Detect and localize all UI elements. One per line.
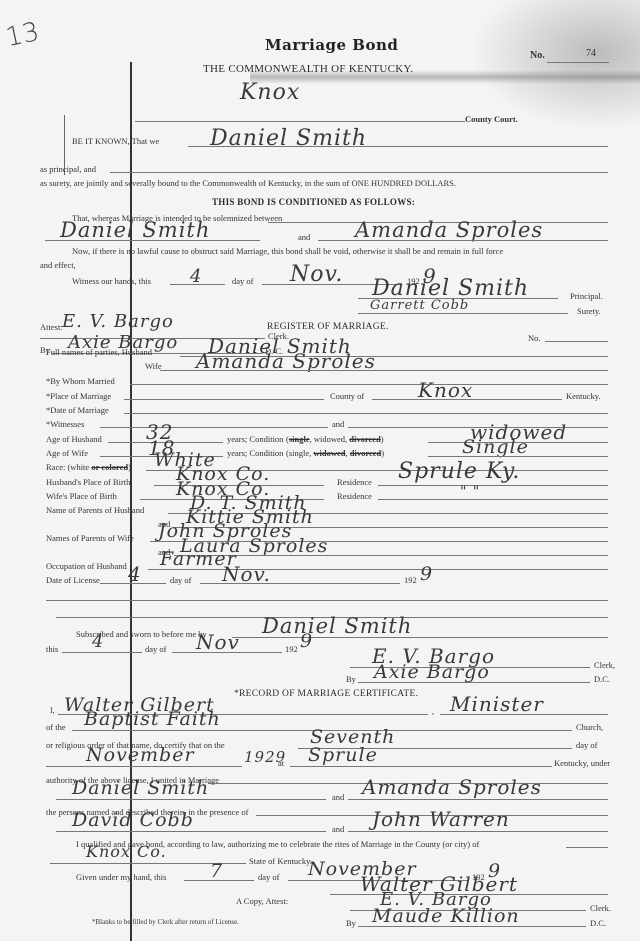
option-widowed-struck: widowed [313, 448, 345, 458]
sworn-day-of-label: day of [145, 644, 166, 654]
witness-month: Nov. [290, 262, 343, 287]
rule [62, 652, 142, 653]
given-label: Given under my hand, this [76, 872, 166, 882]
kentucky-under-label: Kentucky, under [554, 758, 610, 768]
and-effect-statement: and effect, [40, 260, 76, 270]
cert-dc-label: D.C. [590, 918, 606, 928]
sworn-day: 4 [92, 631, 104, 652]
rule [348, 799, 608, 800]
sworn-year-prefix: 192 [285, 644, 298, 654]
rule [100, 427, 328, 428]
county-name: Knox [240, 80, 300, 105]
wife-condition: Single [462, 436, 529, 458]
document-title: Marriage Bond [265, 36, 398, 54]
church-label: Church, [576, 722, 603, 732]
rule [56, 799, 326, 800]
state-label: State of Kentucky. [249, 856, 312, 866]
comma: , [432, 706, 434, 716]
rule [378, 485, 608, 486]
given-day: 7 [210, 860, 223, 882]
rule [184, 880, 254, 881]
rule [200, 583, 400, 584]
witness-and-label: and [332, 824, 344, 834]
wife-residence-label: Residence [337, 491, 372, 501]
cert-place: Sprule [308, 744, 378, 766]
cert-party-1: Daniel Smith [72, 777, 209, 799]
sworn-month: Nov [196, 630, 240, 654]
of-the-label: of the [46, 722, 66, 732]
rule [46, 766, 242, 767]
occupation-label: Occupation of Husband [46, 561, 127, 571]
witnesses-and-label: and [332, 419, 344, 429]
license-year-prefix: 192 [404, 575, 417, 585]
date-of-marriage-label: *Date of Marriage [46, 405, 109, 415]
rule [45, 240, 260, 241]
certificate-heading: *RECORD OF MARRIAGE CERTIFICATE. [234, 689, 418, 699]
rule [545, 341, 608, 342]
option-single-struck: single [289, 434, 310, 444]
rule [148, 569, 608, 570]
rule [46, 600, 608, 601]
rule [440, 714, 608, 715]
given-day-of-label: day of [258, 872, 279, 882]
license-year-digit: 9 [420, 563, 433, 585]
county-or-city: Knox Co. [86, 842, 167, 861]
witness-label: Witness our hands, this [72, 276, 151, 286]
rule [372, 399, 562, 400]
register-no-label: No. [528, 333, 541, 343]
husband-residence-label: Residence [337, 477, 372, 487]
rule [566, 847, 608, 848]
cert-witness-2: John Warren [372, 807, 510, 831]
rule [160, 370, 608, 371]
full-names-label: Full names of parties, Husband [46, 347, 152, 357]
wife-condition-options: (single, widowed, divorced) [286, 448, 384, 458]
rule [358, 682, 590, 683]
sworn-by: Daniel Smith [262, 614, 412, 638]
age-husband-label: Age of Husband [46, 434, 102, 444]
register-deputy-signature: Axie Bargo [374, 661, 490, 683]
conditioned-heading: THIS BOND IS CONDITIONED AS FOLLOWS: [212, 197, 415, 207]
rule [172, 652, 282, 653]
i-label: I, [50, 706, 55, 715]
option-single: single [289, 448, 309, 458]
surety-signature: Garrett Cobb [370, 298, 469, 313]
cert-by-label: By [346, 918, 356, 928]
rule [188, 146, 608, 147]
now-if-statement: Now, if there is no lawful cause to obst… [72, 246, 503, 256]
rule [358, 313, 568, 314]
bond-number-label: No. [530, 50, 545, 61]
marriage-bond-document: 13 Marriage Bond THE COMMONWEALTH OF KEN… [0, 0, 640, 941]
cert-and-label: and [332, 792, 344, 802]
kentucky-label: Kentucky. [566, 391, 601, 401]
as-principal-label: as principal, and [40, 164, 96, 174]
husband-residence: Sprule Ky. [398, 459, 520, 484]
copy-attest-label: A Copy, Attest: [236, 896, 288, 906]
margin-page-number: 13 [3, 17, 42, 53]
attest-label: Attest: [40, 322, 63, 332]
witness-day: 4 [190, 266, 202, 287]
county-of-label: County of [330, 391, 364, 401]
wife-parents-label: Names of Parents of Wife [46, 533, 134, 543]
rule [428, 456, 608, 457]
at-label: at [278, 758, 284, 768]
by-whom-label: *By Whom Married [46, 376, 115, 386]
witnesses-label: *Witnesses [46, 419, 84, 429]
wife-residence: " " [460, 484, 480, 500]
rule [130, 384, 608, 385]
option-divorced-struck: divorced [349, 434, 380, 444]
scan-shadow [470, 0, 640, 130]
church-name: Baptist Faith [84, 708, 221, 730]
rule [110, 172, 608, 173]
cert-party-2: Amanda Sproles [362, 775, 542, 799]
bond-clerk-signature: E. V. Bargo [62, 311, 174, 332]
county-court-label: County Court. [465, 114, 518, 124]
age-wife-label: Age of Wife [46, 448, 88, 458]
register-clerk-label: Clerk, [594, 660, 615, 670]
rule [124, 413, 608, 414]
rule [318, 240, 608, 241]
principal-label: Principal. [570, 291, 603, 301]
cert-deputy-signature: Maude Killion [372, 905, 520, 927]
husband-birthplace-label: Husband's Place of Birth [46, 477, 130, 487]
officiant-title: Minister [450, 692, 544, 716]
register-heading: REGISTER OF MARRIAGE. [267, 322, 389, 332]
husband-condition-options: (single, widowed, divorced) [286, 434, 384, 444]
register-dc-label: D.C. [594, 674, 610, 684]
sworn-year-digit: 9 [300, 630, 313, 652]
wife-years-condition-label: years; Condition [227, 448, 283, 458]
and-label: and [298, 232, 310, 242]
bond-party-2: Amanda Sproles [355, 218, 543, 242]
rule [290, 766, 552, 767]
footnote: *Blanks to be filled by Clerk after retu… [92, 918, 239, 926]
years-condition-label: years; Condition [227, 434, 283, 444]
wife-birthplace-label: Wife's Place of Birth [46, 491, 117, 501]
rule [56, 831, 326, 832]
bond-number-value: 74 [586, 48, 596, 59]
bond-party-1: Daniel Smith [60, 218, 210, 242]
rule [174, 555, 608, 556]
be-it-known-label: BE IT KNOWN, That we [72, 136, 159, 146]
rule [358, 926, 586, 927]
husband-parents-label: Name of Parents of Husband [46, 505, 144, 515]
cert-day-of-label: day of [576, 740, 597, 750]
license-day-of-label: day of [170, 575, 191, 585]
rule [232, 637, 608, 638]
cert-clerk-label: Clerk. [590, 903, 611, 913]
day-of-label: day of [232, 276, 253, 286]
register-by-label: By [346, 674, 356, 684]
rule [547, 62, 609, 63]
rule [348, 831, 608, 832]
race-label: Race: (white or colored) [46, 462, 131, 472]
rule [378, 499, 608, 500]
sworn-this-label: this [46, 644, 58, 654]
rule [100, 583, 166, 584]
cert-month: November [86, 744, 195, 766]
option-widowed: widowed [314, 434, 345, 444]
surety-statement: as surety, are jointly and severally bou… [40, 178, 456, 188]
document-subtitle: THE COMMONWEALTH OF KENTUCKY. [203, 63, 413, 75]
surety-label: Surety. [577, 306, 601, 316]
option-divorced-struck: divorced [350, 448, 381, 458]
place-of-marriage-label: *Place of Marriage [46, 391, 111, 401]
race-struck-option: or colored [91, 462, 128, 472]
cert-witness-1: David Cobb [72, 809, 194, 831]
rule [135, 121, 465, 122]
license-date-label: Date of License [46, 575, 100, 585]
race-label-text: Race: (white [46, 462, 89, 472]
principal-name: Daniel Smith [210, 126, 367, 151]
rule [124, 399, 324, 400]
